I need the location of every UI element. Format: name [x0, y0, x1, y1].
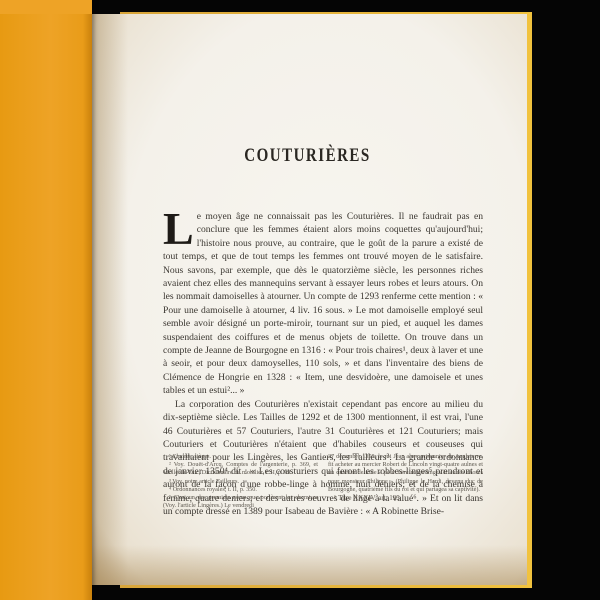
page-title: COUTURIÈRES: [88, 146, 527, 167]
footnote-continuation: 27 décembre 1359, le roi Jean alors pris…: [328, 453, 483, 494]
footnote: ² Voy. Douët-d'Arcq, Comptes de l'argent…: [163, 461, 318, 477]
footnote: ⁴ Ordonnances royales, t. II, p. 350.: [163, 486, 318, 494]
drop-cap: L: [163, 210, 194, 248]
cover-top-edge: [0, 0, 92, 14]
book-page: COUTURIÈRES Le moyen âge ne connaissait …: [88, 14, 527, 585]
paragraph-1-text: e moyen âge ne connaissait pas les Coutu…: [163, 211, 483, 396]
footnote: ¹ Chaires, sièges.: [163, 453, 318, 461]
book-cover-orange: [0, 0, 92, 600]
footnote: ⁵ C'est un des premiers noms que portère…: [163, 494, 318, 510]
footnotes-left-column: ¹ Chaires, sièges. ² Voy. Douët-d'Arcq, …: [163, 453, 318, 510]
footnote: ³ Voy. notre article Tailleurs.: [163, 478, 318, 486]
footnotes-right-column: 27 décembre 1359, le roi Jean alors pris…: [328, 453, 483, 510]
footnote: ⁶ Titre XXXIV, art. 195.: [328, 494, 483, 502]
footnotes: ¹ Chaires, sièges. ² Voy. Douët-d'Arcq, …: [163, 453, 483, 510]
paragraph-1: Le moyen âge ne connaissait pas les Cout…: [163, 210, 483, 398]
